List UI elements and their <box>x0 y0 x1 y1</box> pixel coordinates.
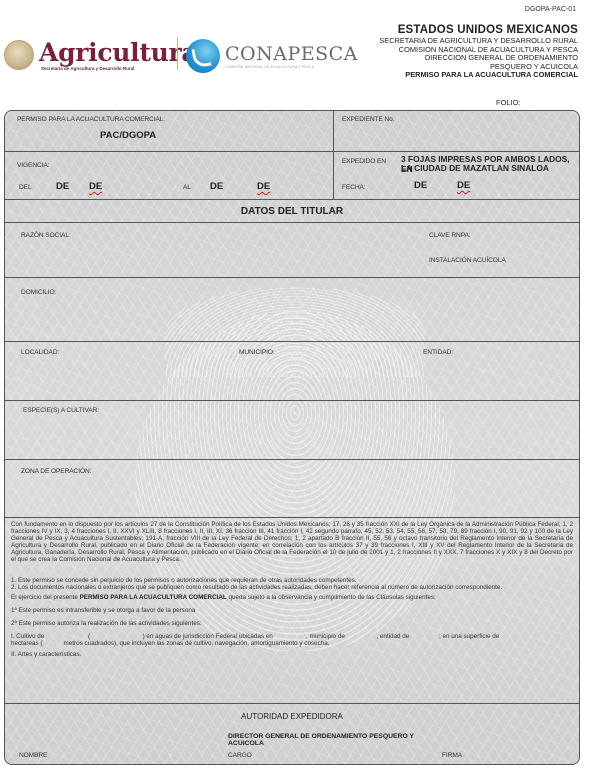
conapesca-wordmark: CONAPESCA <box>225 43 358 65</box>
ejercicio-text-pre: El ejercicio del presente <box>11 594 80 601</box>
domicilio-label: DOMICILIO: <box>21 289 56 296</box>
column-divider <box>333 152 334 199</box>
al-de-1[interactable]: DE <box>210 181 223 192</box>
del-label: DEL <box>19 184 32 191</box>
titular-section-title: DATOS DEL TITULAR <box>5 206 579 217</box>
government-header: ESTADOS UNIDOS MEXICANOS SECRETARIA DE A… <box>379 24 578 80</box>
ejercicio-text-post: queda sujeto a la observancia y cumplimi… <box>227 594 436 601</box>
permit-type-title: PERMISO PARA LA ACUACULTURA COMERCIAL <box>379 71 578 80</box>
del-de-2[interactable]: DE <box>89 181 102 192</box>
firma-label: FIRMA <box>442 752 462 759</box>
especies-label: ESPECIE(S) A CULTIVAR: <box>23 407 99 414</box>
ejercicio-clause: El ejercicio del presente PERMISO PARA L… <box>11 594 573 601</box>
cargo-label: CARGO <box>228 752 252 759</box>
permit-number-value[interactable]: PAC/DGOPA <box>100 130 156 141</box>
row-permit: PERMISO PARA LA ACUACULTURA COMERCIAL: P… <box>5 111 579 152</box>
conapesca-subtitle: COMISIÓN NACIONAL DE ACUACULTURA Y PESCA <box>225 65 358 69</box>
national-seal-icon <box>4 40 34 70</box>
expedido-value-line-2[interactable]: LA CIUDAD DE MAZATLAN SINALOA <box>401 164 549 174</box>
razon-social-label: RAZÓN SOCIAL: <box>21 232 71 239</box>
fecha-label: FECHA: <box>342 184 366 191</box>
fecha-de-1[interactable]: DE <box>414 180 427 191</box>
del-de-1[interactable]: DE <box>56 181 69 192</box>
fecha-de-2[interactable]: DE <box>457 180 470 191</box>
municipio-label: MUNICIPIO: <box>239 349 275 356</box>
column-divider <box>333 111 334 151</box>
logo-divider <box>177 38 178 70</box>
row-zona-operacion: ZONA DE OPERACIÓN: <box>5 460 579 518</box>
conapesca-wave-icon <box>186 39 220 73</box>
legal-basis-paragraph: Con fundamento en lo dispuesto por los a… <box>11 521 573 564</box>
row-razon-social: RAZÓN SOCIAL: CLAVE RNPA: INSTALACIÓN AC… <box>5 223 579 278</box>
row-domicilio: DOMICILIO: <box>5 278 579 342</box>
expedido-label: EXPEDIDO EN <box>342 158 386 165</box>
row-localidad: LOCALIDAD: MUNICIPIO: ENTIDAD: <box>5 342 579 401</box>
folio-label: FOLIO: <box>496 98 521 107</box>
instalacion-label: INSTALACIÓN ACUÍCOLA <box>429 257 506 264</box>
localidad-label: LOCALIDAD: <box>21 349 59 356</box>
row-especies: ESPECIE(S) A CULTIVAR: <box>5 401 579 460</box>
ejercicio-text-bold: PERMISO PARA LA ACUACULTURA COMERCIAL <box>80 594 227 601</box>
al-label: AL <box>183 184 191 191</box>
row-vigencia: VIGENCIA: DEL DE DE AL DE DE EXPEDIDO EN… <box>5 152 579 200</box>
agricultura-wordmark: Agricultura <box>39 40 197 66</box>
entidad-label: ENTIDAD: <box>423 349 453 356</box>
permit-form: PERMISO PARA LA ACUACULTURA COMERCIAL: P… <box>4 110 580 765</box>
authority-title: AUTORIDAD EXPEDIDORA <box>5 712 579 721</box>
row-titular-header: DATOS DEL TITULAR <box>5 200 579 223</box>
conapesca-logo: CONAPESCA COMISIÓN NACIONAL DE ACUACULTU… <box>186 36 358 76</box>
cargo-value-line-2: ACUICOLA <box>228 740 264 748</box>
permit-label: PERMISO PARA LA ACUACULTURA COMERCIAL: <box>17 116 165 123</box>
row-legal-text: Con fundamento en lo dispuesto por los a… <box>5 518 579 704</box>
agricultura-logo: Agricultura Secretaría de Agricultura y … <box>4 34 197 76</box>
row-authority: AUTORIDAD EXPEDIDORA DIRECTOR GENERAL DE… <box>5 704 579 765</box>
document-code: DGOPA-PAC-01 <box>525 6 576 13</box>
agricultura-subtitle: Secretaría de Agricultura y Desarrollo R… <box>41 66 197 71</box>
cultivo-line-2: hectareas ( metros cuadrados), que inclu… <box>11 640 573 647</box>
legal-note-2: 2. Los documentos nacionales o extranjer… <box>11 584 573 591</box>
nombre-label: NOMBRE <box>19 752 47 759</box>
al-de-2[interactable]: DE <box>257 181 270 192</box>
artes-line: II. Artes y características. <box>11 651 573 658</box>
clause-1: 1ª Este permiso es intransferible y se o… <box>11 607 573 614</box>
vigencia-label: VIGENCIA: <box>17 162 49 169</box>
expediente-label: EXPEDIENTE No. <box>342 116 394 123</box>
clause-2: 2ª Este permiso autoriza la realización … <box>11 620 573 627</box>
clave-rnpa-label: CLAVE RNPA: <box>429 232 471 239</box>
zona-operacion-label: ZONA DE OPERACIÓN: <box>21 468 91 475</box>
